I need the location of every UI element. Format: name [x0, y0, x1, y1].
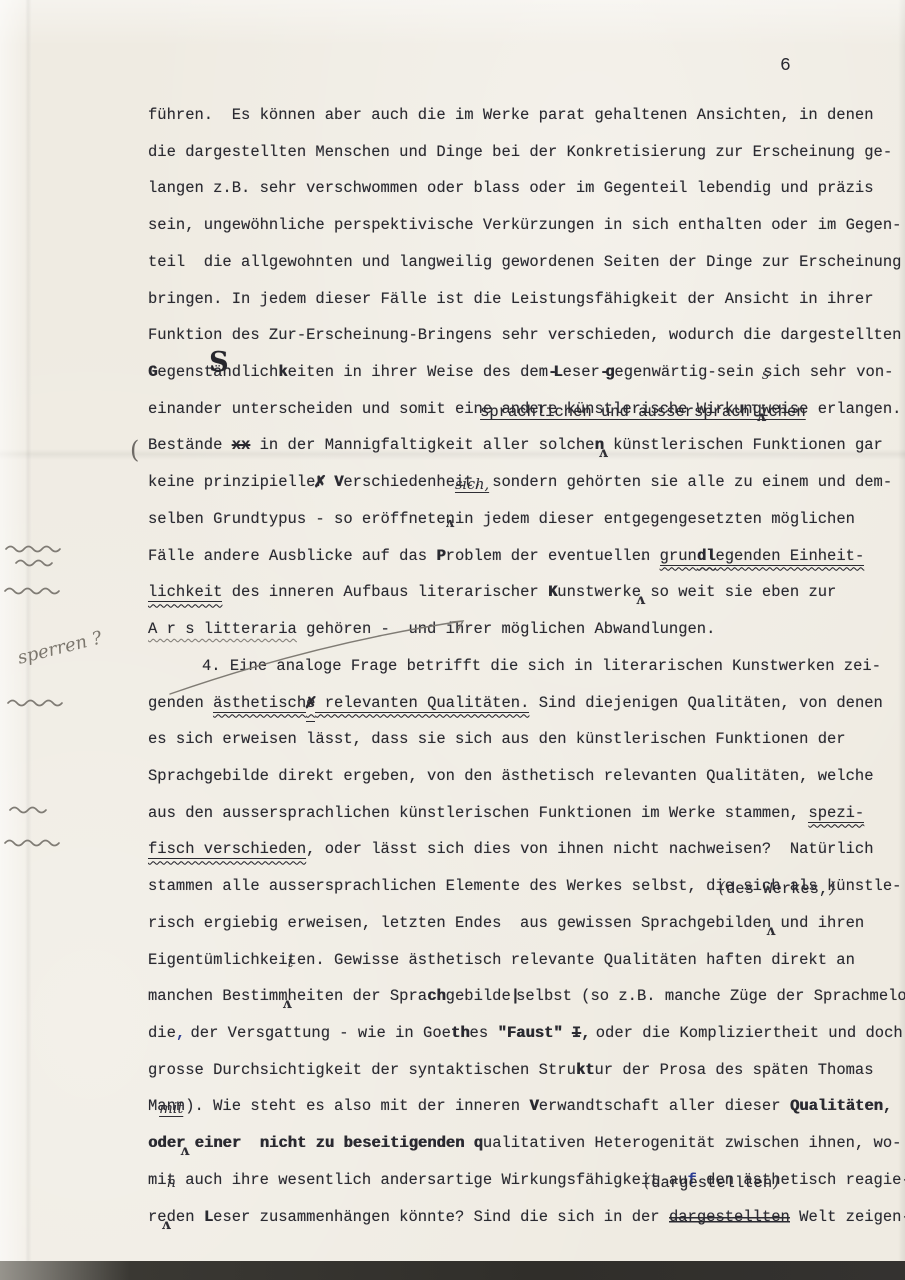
typed-segment: spezi- [808, 804, 864, 823]
typed-line: selben Grundtypus - so eröffnetenʌsich,i… [148, 501, 905, 538]
typed-segment: fisch verschieden [148, 840, 306, 859]
typed-segment: A r s litteraria [148, 620, 297, 638]
typed-line: grosse Durchsichtigkeit der syntaktische… [148, 1052, 905, 1089]
typed-segment: die [148, 1024, 176, 1042]
typed-line: renʌden Leser zusammenhängen könnte? Sin… [148, 1199, 905, 1236]
typed-segment: ch [427, 987, 446, 1005]
margin-squiggle-icon [5, 589, 59, 594]
typed-segment: in jedem dieser entgegengesetzten möglic… [455, 510, 855, 528]
typed-segment: der Versgattung - wie in Goe [181, 1024, 451, 1042]
typed-segment: th [451, 1024, 470, 1042]
typed-line: langen z.B. sehr verschwommen oder blass… [148, 170, 905, 207]
margin-paren-mark: ( [130, 436, 139, 464]
typed-segment: Eigentümlichkeiten. Gewisse ästhetisch r… [148, 951, 855, 969]
page-number: 6 [780, 56, 791, 76]
typed-segment: es [470, 1024, 498, 1042]
typed-segment: unstwerke [557, 583, 641, 601]
typed-line: fisch verschieden, oder lässt sich dies … [148, 831, 905, 868]
margin-squiggle-icon [5, 841, 59, 846]
typed-segment: Mann). Wie steht es also mit der inneren [148, 1097, 529, 1115]
typed-line: GegenstäSndlichkeiten in ihrer Weise des… [148, 354, 905, 391]
inserted-text: sprachlichen und aussersprachlichen [480, 394, 806, 431]
typed-segment: gehören - und ihrer möglichen Abwandlung… [297, 620, 716, 638]
typed-segment: lichkeit [148, 583, 222, 602]
typed-segment: bringen. In jedem dieser Fälle ist die L… [148, 290, 874, 308]
typed-segment: Welt zeigen- [790, 1208, 905, 1226]
typed-segment: ästhetisch [213, 694, 306, 713]
typed-segment: egenden Einheit- [715, 547, 864, 566]
typed-segment: grun [660, 547, 697, 566]
typed-segment: r✗ [315, 464, 324, 501]
typed-line: bringen. In jedem dieser Fälle ist die L… [148, 281, 905, 318]
typed-segment: V [529, 1097, 538, 1115]
margin-squiggle-icon [6, 547, 60, 552]
typed-line: keine prinzipieller✗ Verschiedenheit, so… [148, 464, 905, 501]
typed-segment: führen. Es können aber auch die im Werke… [148, 106, 874, 124]
typed-segment: aus den aussersprachlichen künstlerische… [148, 804, 808, 822]
margin-note-sperren: sperren ? [15, 627, 104, 668]
typed-segment: nʌ [446, 501, 455, 538]
typed-segment: V [334, 473, 343, 491]
typed-segment: langen z.B. sehr verschwommen oder blass… [148, 179, 874, 197]
typed-line: 4. Eine analoge Frage betrifft die sich … [148, 648, 905, 685]
typed-segment: L [204, 1208, 213, 1226]
inserted-text: s [762, 357, 769, 394]
hand-paren-open: ( [643, 1173, 651, 1191]
typed-line: Sprachgebilde direkt ergeben, von den äs… [148, 758, 905, 795]
typed-segment: egenst [157, 363, 213, 381]
typed-line: Mann). Wie steht es also mit der inneren… [148, 1088, 905, 1125]
inserted-text: t [288, 945, 294, 982]
typed-segment: dl [697, 547, 716, 566]
typed-segment: dargestellten [669, 1208, 790, 1226]
typed-line: odermitʌ einer nicht zu beseitigenden qu… [148, 1125, 905, 1162]
typed-segment: einer nicht zu beseitigenden q [195, 1134, 483, 1152]
typed-segment: , [883, 1088, 888, 1125]
typed-segment: Sprachgebilde direkt ergeben, von den äs… [148, 767, 874, 785]
typed-line: die dargestellten Menschen und Dinge bei… [148, 134, 905, 171]
paper-sheet: 6 führen. Es können aber auch die im Wer… [0, 0, 905, 1280]
typed-segment: Bestände [148, 436, 232, 454]
typed-segment [185, 1134, 194, 1152]
typed-line: die, der Versgattung - wie in Goethes "F… [148, 1015, 905, 1052]
typed-segment: mit auch ihre wesentlich andersartige Wi… [148, 1171, 688, 1189]
typed-segment: xx [232, 436, 251, 454]
typed-line: risch ergiebig erweisen, letzten Endes a… [148, 905, 905, 942]
typed-segment: teil die allgewohnten und langweilig gew… [148, 253, 901, 271]
typed-segment: g [605, 363, 614, 381]
typed-segment: k [278, 363, 287, 381]
typed-segment: Fälle andere Ausblicke auf das [148, 547, 436, 565]
typed-segment: genden [148, 694, 213, 712]
typed-segment: K [548, 583, 557, 601]
typed-segment [325, 473, 334, 491]
hand-paren-close: ) [772, 1173, 780, 1191]
typed-segment: erwandtschaft aller dieser [539, 1097, 790, 1115]
document-photo: 6 führen. Es können aber auch die im Wer… [0, 0, 905, 1280]
typed-segment: "Faust" [497, 1024, 562, 1042]
typed-segment: in der Mannigfaltigkeit aller solche [250, 436, 594, 454]
typed-segment: selbst (so z.B. manche Züge der Sprachme… [516, 987, 905, 1005]
typed-segment: sein, ungewöhnliche perspektivische Verk… [148, 216, 901, 234]
typed-line: genden ästhetische✗ relevanten Qualitäte… [148, 685, 905, 722]
typed-segment [563, 1024, 572, 1042]
typed-segment: L [553, 363, 562, 381]
typed-segment: erschiedenheit, sondern gehörten sie all… [343, 473, 892, 491]
photo-bottom-edge [0, 1261, 905, 1280]
hand-paren-open: ( [718, 879, 726, 897]
typed-segment: eiten in ihrer Weise des dem [288, 363, 548, 381]
typed-segment: eser zusammenhängen könnte? Sind die sic… [213, 1208, 659, 1226]
typed-segment: relevanten Qualitäten. [315, 694, 529, 713]
margin-squiggle-icon [10, 808, 46, 813]
typed-segment [660, 1208, 669, 1226]
inserted-text: (des Werkes,) [718, 870, 836, 908]
typed-line: Bestände xx in der Mannigfaltigkeit alle… [148, 427, 905, 464]
typed-line: Eigentümlichkeiten. Gewisse ästhetisch r… [148, 942, 905, 979]
typed-segment: oder die Kompliziertheit und doch [586, 1024, 902, 1042]
typed-line: lichkeit des inneren Aufbaus literarisch… [148, 574, 905, 611]
typed-line: aus den aussersprachlichen künstlerische… [148, 795, 905, 832]
typed-segment: Qualitäten [790, 1097, 883, 1115]
typed-line: mit auch ihre wesentlich andersartige Wi… [148, 1162, 905, 1199]
typed-segment: ualitativen Heterogenität zwischen ihnen… [483, 1134, 902, 1152]
typed-segment: gebilde [446, 987, 511, 1005]
margin-squiggle-icon [8, 701, 62, 706]
typed-segment: G [148, 363, 157, 381]
typed-segment: roblem der eventuellen [446, 547, 660, 565]
typed-segment: P [436, 547, 445, 565]
typed-segment: Sind diejenigen Qualitäten, von denen [529, 694, 882, 712]
typed-segment: selben Grundtypus - so eröffnete [148, 510, 446, 528]
inserted-text: mit [159, 1091, 183, 1128]
inserted-text: (dargestellten) [643, 1164, 780, 1202]
typescript-lines: führen. Es können aber auch die im Werke… [148, 97, 905, 1235]
typed-line: sein, ungewöhnliche perspektivische Verk… [148, 207, 905, 244]
typed-segment: , oder lässt sich dies von ihnen nicht n… [306, 840, 873, 858]
typed-segment: manchen Bestimm [148, 987, 288, 1005]
typed-segment: kt [576, 1061, 595, 1079]
typed-segment: I [572, 1024, 581, 1042]
hand-paren-close: ) [828, 879, 836, 897]
inserted-text: - [641, 541, 646, 578]
typed-segment: es sich erweisen lässt, dass sie sich au… [148, 730, 846, 748]
typed-segment: heiten der Spra [288, 987, 428, 1005]
typed-segment: ur der Prosa des späten Thomas [594, 1061, 873, 1079]
typed-line: führen. Es können aber auch die im Werke… [148, 97, 905, 134]
typed-line: manchen Bestimmtʌheiten der Sprachgebild… [148, 978, 905, 1015]
typed-segment: den [167, 1208, 204, 1226]
typed-line: A r s litteraria gehören - und ihrer mög… [148, 611, 905, 648]
typed-segment: eser [563, 363, 600, 381]
typed-segment: 4. Eine analoge Frage betrifft die sich … [202, 657, 881, 675]
typed-line: teil die allgewohnten und langweilig gew… [148, 244, 905, 281]
typed-segment: egenwärtig-sein sich sehr von- [614, 363, 893, 381]
typed-segment: künstlerischen Funktionen gar [604, 436, 883, 454]
typed-segment: keine prinzipielle [148, 473, 315, 491]
typed-segment: die dargestellten Menschen und Dinge bei… [148, 143, 892, 161]
typed-segment: Funktion des Zur-Erscheinung-Bringens se… [148, 326, 901, 344]
typed-line: Fälle andere Ausblicke auf das Problem d… [148, 538, 905, 575]
inserted-text: sich, [455, 467, 489, 504]
typed-segment: so weit sie eben zur [641, 583, 836, 601]
typed-segment: des inneren Aufbaus literarischer [222, 583, 548, 601]
typed-segment: ndlich [222, 363, 278, 381]
inserted-text: n [167, 1165, 176, 1202]
typed-line: es sich erweisen lässt, dass sie sich au… [148, 721, 905, 758]
typed-segment: risch ergiebig erweisen, letzten Endes a… [148, 914, 771, 932]
typed-line: Funktion des Zur-Erscheinung-Bringens se… [148, 317, 905, 354]
typed-segment: und ihren [771, 914, 864, 932]
margin-squiggle-icon [16, 561, 52, 566]
typed-segment: grosse Durchsichtigkeit der syntaktische… [148, 1061, 576, 1079]
